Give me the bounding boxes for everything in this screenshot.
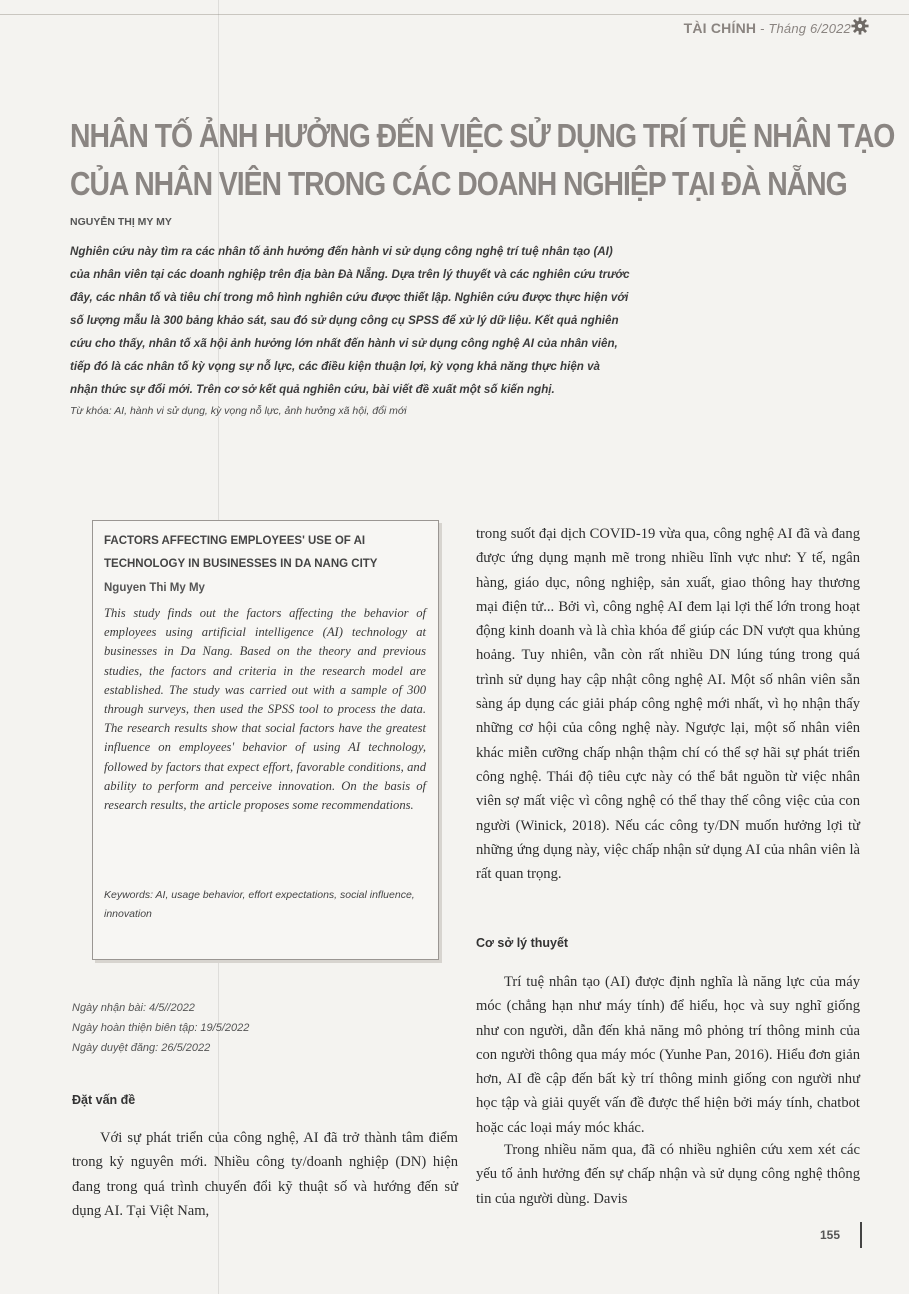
page-number: 155	[820, 1228, 840, 1242]
english-title: FACTORS AFFECTING EMPLOYEES' USE OF AI T…	[104, 530, 434, 576]
body-intro-left: Với sự phát triển của công nghệ, AI đã t…	[72, 1126, 458, 1223]
english-keywords: Keywords: AI, usage behavior, effort exp…	[104, 886, 426, 924]
gear-icon	[851, 17, 869, 35]
date-accepted: Ngày duyệt đăng: 26/5/2022	[72, 1038, 432, 1058]
running-header: TÀI CHÍNH - Tháng 6/2022	[684, 20, 851, 36]
date-revised: Ngày hoàn thiện biên tập: 19/5/2022	[72, 1018, 432, 1038]
title-line-2: CỦA NHÂN VIÊN TRONG CÁC DOANH NGHIỆP TẠI…	[70, 160, 758, 208]
section-heading-theory: Cơ sở lý thuyết	[476, 936, 568, 950]
abstract-vietnamese: Nghiên cứu này tìm ra các nhân tố ảnh hư…	[70, 240, 630, 401]
author-name: NGUYỄN THỊ MY MY	[70, 216, 172, 228]
body-theory-p1: Trí tuệ nhân tạo (AI) được định nghĩa là…	[476, 970, 860, 1140]
english-author: Nguyen Thi My My	[104, 582, 205, 594]
date-received: Ngày nhận bài: 4/5//2022	[72, 998, 432, 1018]
top-rule	[0, 14, 909, 15]
section-heading-intro: Đặt vấn đề	[72, 1093, 135, 1107]
article-title: NHÂN TỐ ẢNH HƯỞNG ĐẾN VIỆC SỬ DỤNG TRÍ T…	[70, 112, 758, 208]
issue-label: - Tháng 6/2022	[756, 21, 851, 36]
keywords-vietnamese: Từ khóa: AI, hành vi sử dụng, kỳ vọng nỗ…	[70, 405, 630, 417]
article-dates: Ngày nhận bài: 4/5//2022 Ngày hoàn thiện…	[72, 998, 432, 1058]
english-abstract: This study finds out the factors affecti…	[104, 604, 426, 815]
body-theory-p2: Trong nhiều năm qua, đã có nhiều nghiên …	[476, 1138, 860, 1211]
journal-name: TÀI CHÍNH	[684, 20, 757, 36]
title-line-1: NHÂN TỐ ẢNH HƯỞNG ĐẾN VIỆC SỬ DỤNG TRÍ T…	[70, 112, 758, 160]
body-intro-right: trong suốt đại dịch COVID-19 vừa qua, cô…	[476, 522, 860, 886]
page-number-bar	[860, 1222, 862, 1248]
